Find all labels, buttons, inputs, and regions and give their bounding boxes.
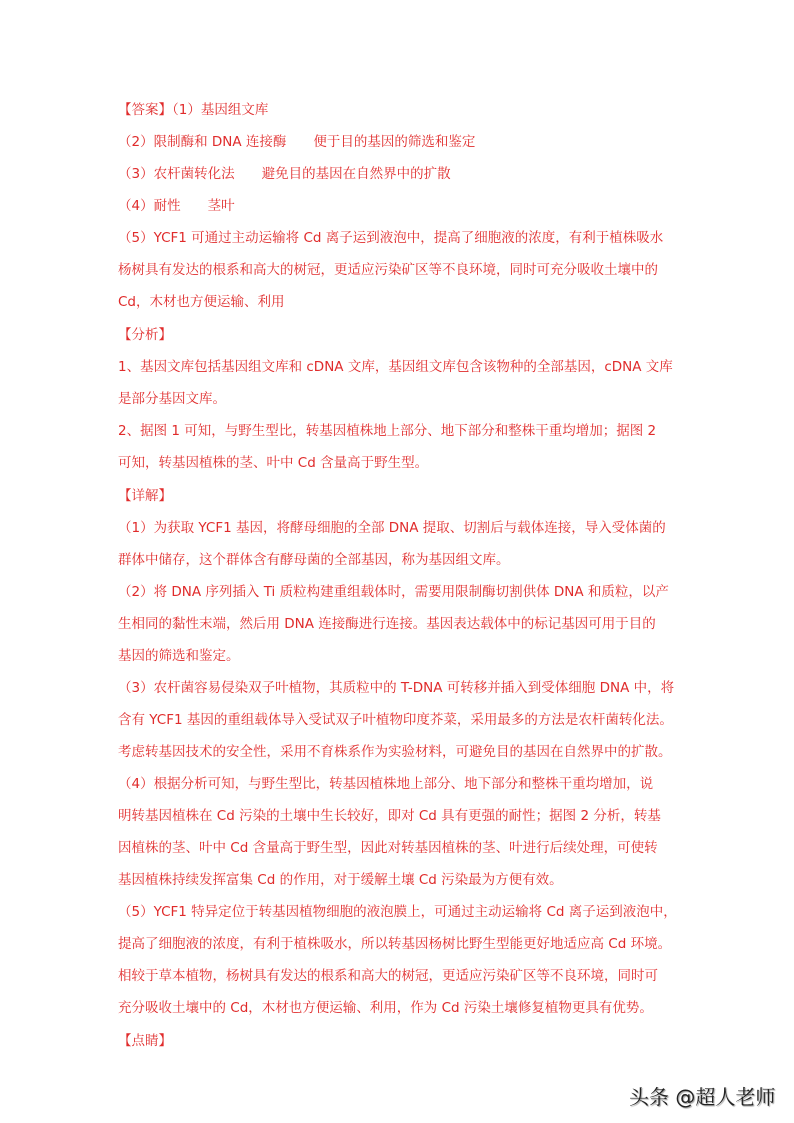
answer-line-3: （3）农杆菌转化法 避免目的基因在自然界中的扩散: [118, 164, 451, 184]
analysis-heading: 【分析】: [118, 325, 172, 345]
detail-line-10: 明转基因植株在 Cd 污染的土壤中生长较好，即对 Cd 具有更强的耐性；据图 2…: [118, 806, 661, 826]
answer-line-4: （4）耐性 茎叶: [118, 196, 235, 216]
detail-heading: 【详解】: [118, 486, 172, 506]
analysis-line-2: 是部分基因文库。: [118, 389, 226, 409]
detail-line-13: （5）YCF1 特异定位于转基因植物细胞的液泡膜上，可通过主动运输将 Cd 离子…: [118, 902, 677, 922]
analysis-line-1: 1、基因文库包括基因组文库和 cDNA 文库，基因组文库包含该物种的全部基因，c…: [118, 357, 673, 377]
answer-line-2: （2）限制酶和 DNA 连接酶 便于目的基因的筛选和鉴定: [118, 132, 475, 152]
detail-line-4: 生相同的黏性末端，然后用 DNA 连接酶进行连接。基因表达载体中的标记基因可用于…: [118, 614, 656, 634]
detail-line-3: （2）将 DNA 序列插入 Ti 质粒构建重组载体时，需要用限制酶切割供体 DN…: [118, 582, 669, 602]
analysis-line-3: 2、据图 1 可知，与野生型比，转基因植株地上部分、地下部分和整株干重均增加；据…: [118, 421, 656, 441]
detail-line-1: （1）为获取 YCF1 基因，将酵母细胞的全部 DNA 提取、切割后与载体连接，…: [118, 518, 666, 538]
answer-line-6: 杨树具有发达的根系和高大的树冠，更适应污染矿区等不良环境，同时可充分吸收土壤中的: [118, 260, 658, 280]
detail-line-5: 基因的筛选和鉴定。: [118, 646, 240, 666]
detail-line-16: 充分吸收土壤中的 Cd，木材也方便运输、利用，作为 Cd 污染土壤修复植物更具有…: [118, 998, 653, 1018]
detail-line-2: 群体中储存，这个群体含有酵母菌的全部基因，称为基因组文库。: [118, 550, 510, 570]
watermark: 头条 @超人老师: [629, 1081, 775, 1110]
answer-line-5: （5）YCF1 可通过主动运输将 Cd 离子运到液泡中，提高了细胞液的浓度，有利…: [118, 228, 663, 248]
analysis-line-4: 可知，转基因植株的茎、叶中 Cd 含量高于野生型。: [118, 453, 428, 473]
detail-line-8: 考虑转基因技术的安全性，采用不育株系作为实验材料，可避免目的基因在自然界中的扩散…: [118, 742, 672, 762]
detail-line-6: （3）农杆菌容易侵染双子叶植物，其质粒中的 T-DNA 可转移并插入到受体细胞 …: [118, 678, 674, 698]
detail-line-14: 提高了细胞液的浓度，有利于植株吸水，所以转基因杨树比野生型能更好地适应高 Cd …: [118, 934, 671, 954]
detail-line-12: 基因植株持续发挥富集 Cd 的作用，对于缓解土壤 Cd 污染最为方便有效。: [118, 870, 563, 890]
comment-heading: 【点睛】: [118, 1031, 172, 1051]
answer-line-7: Cd，木材也方便运输、利用: [118, 292, 285, 312]
detail-line-9: （4）根据分析可知，与野生型比，转基因植株地上部分、地下部分和整株干重均增加，说: [118, 774, 653, 794]
answer-heading: 【答案】: [118, 102, 172, 118]
detail-line-11: 因植株的茎、叶中 Cd 含量高于野生型，因此对转基因植株的茎、叶进行后续处理，可…: [118, 838, 658, 858]
detail-line-15: 相较于草本植物，杨树具有发达的根系和高大的树冠，更适应污染矿区等不良环境，同时可: [118, 966, 658, 986]
answer-line-1: 【答案】（1）基因组文库: [118, 100, 268, 120]
detail-line-7: 含有 YCF1 基因的重组载体导入受试双子叶植物印度芥菜，采用最多的方法是农杆菌…: [118, 710, 673, 730]
answer-text: （1）基因组文库: [172, 102, 268, 118]
